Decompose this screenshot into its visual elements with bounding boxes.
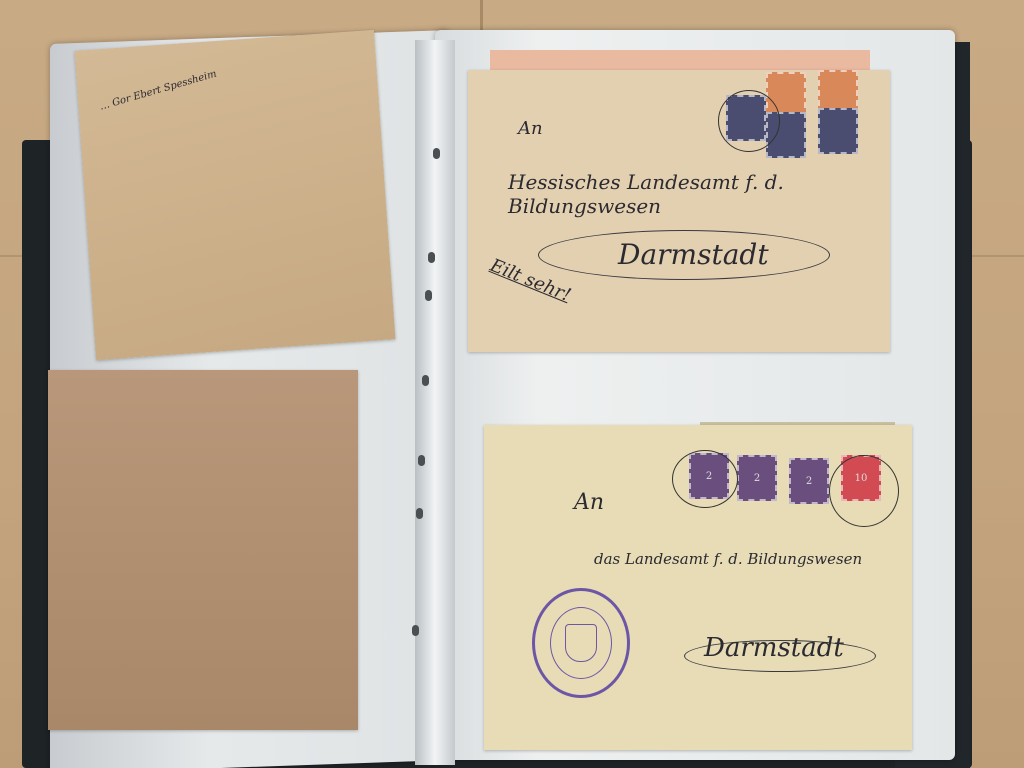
postmark (718, 90, 780, 152)
city: Darmstadt (704, 633, 844, 663)
recipient: Hessisches Landesamt f. d. Bildungswesen (508, 170, 890, 218)
binder-hole (422, 375, 429, 386)
binder-hole (418, 455, 425, 466)
envelope-top-right: An Hessisches Landesamt f. d. Bildungswe… (468, 70, 890, 352)
postmark (672, 450, 738, 508)
envelope-bottom-right: 2 2 2 10 An das Landesamt f. d. Bildungs… (484, 425, 912, 750)
stamp: 2 (789, 458, 829, 504)
binder-hole (428, 252, 435, 263)
binder-hole (433, 148, 440, 159)
seal-ring (550, 607, 612, 679)
binder-hole (412, 625, 419, 636)
envelope-back-bottom-left (48, 370, 358, 730)
recipient: das Landesamt f. d. Bildungswesen (594, 550, 862, 568)
binder-hole (416, 508, 423, 519)
postmark (829, 455, 899, 527)
stamp (818, 108, 858, 154)
salutation: An (574, 490, 604, 515)
official-seal (532, 588, 630, 698)
coat-of-arms-icon (565, 624, 597, 662)
envelope-back-top-left: … Gor Ebert Spessheim (75, 30, 396, 360)
stamp: 2 (737, 455, 777, 501)
salutation: An (518, 118, 543, 139)
binder-hole (425, 290, 432, 301)
city: Darmstadt (618, 238, 769, 271)
stamp-strip (490, 50, 870, 70)
sender-text: … Gor Ebert Spessheim (98, 69, 218, 113)
